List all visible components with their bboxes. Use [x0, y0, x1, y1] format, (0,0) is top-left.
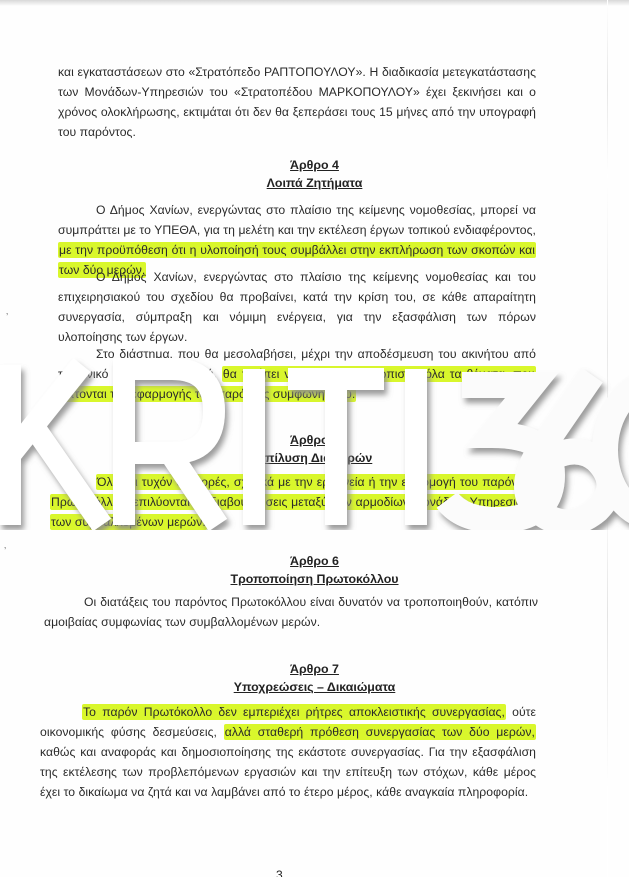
paragraph-text: Ο Δήμος Χανίων, ενεργώντας στο πλαίσιο τ… [58, 270, 536, 344]
page-number: 3 [276, 868, 283, 877]
intro-paragraph-text: και εγκαταστάσεων στο «Στρατόπεδο ΡΑΠΤΟΠ… [58, 65, 536, 139]
scan-mark: ‚ [6, 306, 8, 317]
highlighted-text: αλλά σταθερή πρόθεση συνεργασίας των δύο… [224, 724, 536, 740]
scanned-document-page: και εγκαταστάσεων στο «Στρατόπεδο ΡΑΠΤΟΠ… [0, 0, 629, 877]
article-4-paragraph-3: Στο διάστημα, που θα μεσολαβήσει, μέχρι … [58, 344, 536, 404]
article-5-title: Επίλυση Διαφορών [0, 449, 629, 467]
article-4-number: Άρθρο 4 [0, 156, 629, 174]
article-4-title: Λοιπά Ζητήματα [0, 174, 629, 192]
article-6-number: Άρθρο 6 [0, 552, 629, 570]
article-5-number: Άρθρο 5 [0, 431, 629, 449]
highlighted-text: Το παρόν Πρωτόκολλο δεν εμπεριέχει ρήτρε… [82, 704, 506, 720]
paragraph-text: Οι διατάξεις του παρόντος Πρωτοκόλλου εί… [44, 595, 538, 629]
scan-top-shadow [0, 0, 629, 6]
scan-mark: ‚ [4, 540, 6, 551]
paragraph-text: Ο Δήμος Χανίων, ενεργώντας στο πλαίσιο τ… [58, 203, 536, 237]
article-7-title: Υποχρεώσεις – Δικαιώματα [0, 678, 629, 696]
article-7-number: Άρθρο 7 [0, 660, 629, 678]
paragraph-text: καθώς και αναφοράς και δημοσιοποίησης τη… [40, 745, 536, 799]
article-7-paragraph-1: Το παρόν Πρωτόκολλο δεν εμπεριέχει ρήτρε… [40, 702, 536, 802]
article-6-title: Τροποποίηση Πρωτοκόλλου [0, 570, 629, 588]
highlighted-text: Όλες οι τυχόν διαφορές, σχετικά με την ε… [50, 474, 536, 530]
intro-paragraph: και εγκαταστάσεων στο «Στρατόπεδο ΡΑΠΤΟΠ… [58, 62, 536, 142]
article-4-paragraph-2: Ο Δήμος Χανίων, ενεργώντας στο πλαίσιο τ… [58, 267, 536, 347]
article-5-paragraph-1: Όλες οι τυχόν διαφορές, σχετικά με την ε… [50, 472, 536, 532]
article-6-paragraph-1: Οι διατάξεις του παρόντος Πρωτοκόλλου εί… [44, 592, 538, 632]
